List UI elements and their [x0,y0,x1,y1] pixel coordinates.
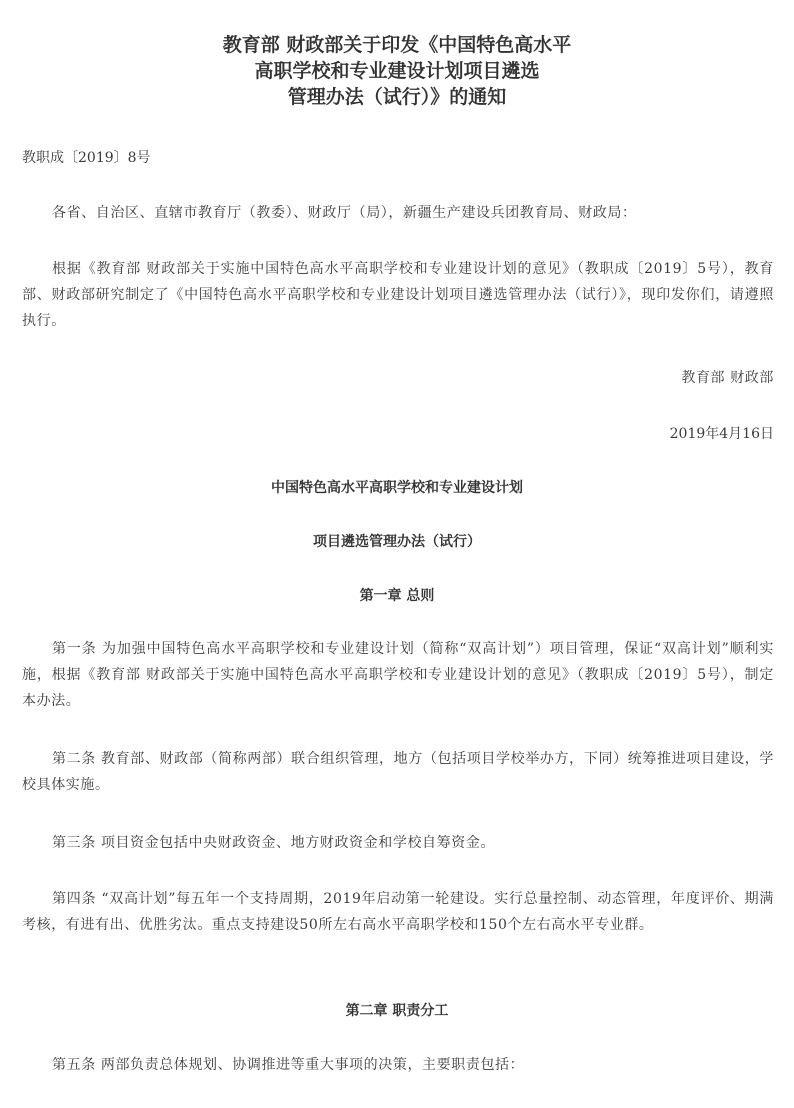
article-2: 第二条 教育部、财政部（简称两部）联合组织管理，地方（包括项目学校举办方，下同）… [22,746,774,798]
issue-date: 2019年4月16日 [670,424,774,444]
article-3: 第三条 项目资金包括中央财政资金、地方财政资金和学校自筹资金。 [22,830,774,856]
article-4: 第四条 “双高计划”每五年一个支持周期，2019年启动第一轮建设。实行总量控制、… [22,886,774,938]
document-title: 教育部 财政部关于印发《中国特色高水平 高职学校和专业建设计划项目遴选 管理办法… [0,32,794,110]
article-1: 第一条 为加强中国特色高水平高职学校和专业建设计划（简称“双高计划”）项目管理，… [22,636,774,714]
title-line-3: 管理办法（试行）》的通知 [0,84,794,110]
title-line-2: 高职学校和专业建设计划项目遴选 [0,58,794,84]
intro-paragraph: 根据《教育部 财政部关于实施中国特色高水平高职学校和专业建设计划的意见》（教职成… [22,256,774,334]
attachment-title-line-2: 项目遴选管理办法（试行） [0,532,794,552]
signature: 教育部 财政部 [681,368,774,388]
chapter-heading-2: 第二章 职责分工 [0,1001,794,1021]
addressee: 各省、自治区、直辖市教育厅（教委）、财政厅（局），新疆生产建设兵团教育局、财政局… [52,203,637,223]
chapter-heading-1: 第一章 总则 [0,586,794,606]
article-5: 第五条 两部负责总体规划、协调推进等重大事项的决策，主要职责包括： [22,1052,774,1078]
document-number: 教职成〔2019〕8号 [22,148,151,168]
title-line-1: 教育部 财政部关于印发《中国特色高水平 [0,32,794,58]
attachment-title-line-1: 中国特色高水平高职学校和专业建设计划 [0,478,794,498]
